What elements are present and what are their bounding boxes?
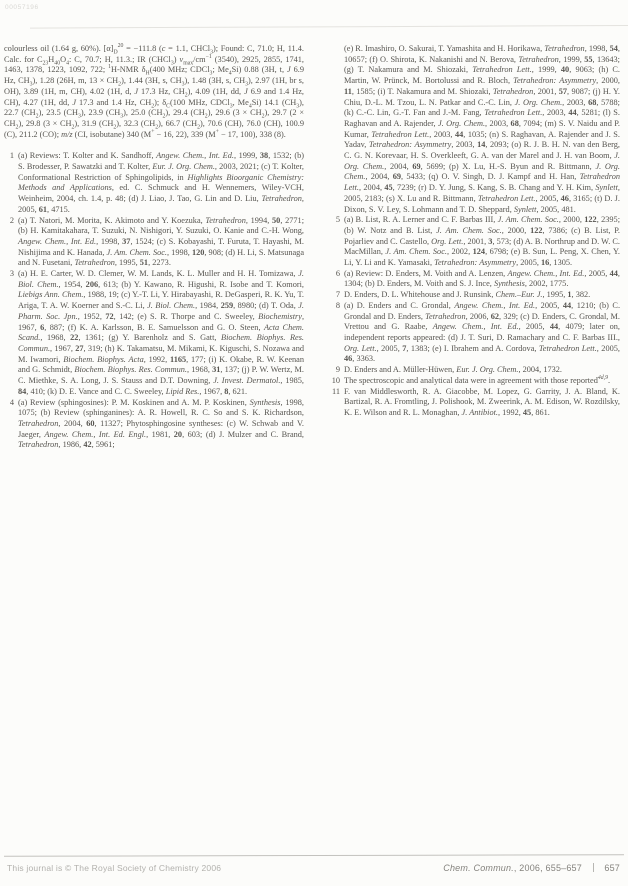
footer-row: This journal is © The Royal Society of C… [7, 863, 620, 873]
reference-number: 6 [330, 269, 340, 290]
reference-number: 10 [330, 376, 340, 387]
content-columns: colourless oil (1.64 g, 60%). [α]D20 = −… [4, 44, 620, 451]
page-footer: This journal is © The Royal Society of C… [0, 855, 628, 886]
reference-number: 9 [330, 365, 340, 376]
reference-number: 5 [330, 215, 340, 269]
journal-name: Chem. Commun. [443, 863, 514, 873]
experimental-paragraph: colourless oil (1.64 g, 60%). [α]D20 = −… [4, 44, 304, 140]
reference-item-1: 1(a) Reviews: T. Kolter and K. Sandhoff,… [4, 151, 304, 215]
reference-text: D. Enders and A. Müller-Hüwen, Eur. J. O… [340, 365, 620, 376]
reference-item-4: 4(a) Review (sphingosines): P. M. Koskin… [4, 398, 304, 452]
reference-text: (a) T. Natori, M. Morita, K. Akimoto and… [14, 216, 304, 270]
page-number: 657 [604, 863, 620, 873]
reference-number: 2 [4, 216, 14, 270]
reference-text: (a) B. List, R. A. Lerner and C. F. Barb… [340, 215, 620, 269]
reference-item-10: 10The spectroscopic and analytical data … [330, 376, 620, 387]
reference-item-2: 2(a) T. Natori, M. Morita, K. Akimoto an… [4, 216, 304, 270]
copyright-text: This journal is © The Royal Society of C… [7, 863, 221, 873]
reference-item-9: 9D. Enders and A. Müller-Hüwen, Eur. J. … [330, 365, 620, 376]
reference-text: (a) Reviews: T. Kolter and K. Sandhoff, … [14, 151, 304, 215]
reference-text: (a) Review (sphingosines): P. M. Koskine… [14, 398, 304, 452]
reference-text: (a) D. Enders and C. Grondal, Angew. Che… [340, 301, 620, 365]
reference-text: (a) H. E. Carter, W. D. Clemer, W. M. La… [14, 269, 304, 397]
reference-item-11: 11F. van Middlesworth, R. A. Giacobbe, M… [330, 387, 620, 419]
reference-number: 4 [4, 398, 14, 452]
reference-number: 3 [4, 269, 14, 397]
reference-number: 8 [330, 301, 340, 365]
reference-text: The spectroscopic and analytical data we… [340, 376, 620, 387]
reference-number: 1 [4, 151, 14, 215]
reference-number: 11 [330, 387, 340, 419]
reference-4-continuation: (e) R. Imashiro, O. Sakurai, T. Yamashit… [344, 44, 620, 215]
footer-divider [593, 863, 594, 872]
reference-text: (a) Review: D. Enders, M. Voith and A. L… [340, 269, 620, 290]
left-column: colourless oil (1.64 g, 60%). [α]D20 = −… [4, 44, 304, 451]
reference-number: 7 [330, 290, 340, 301]
reference-item-6: 6(a) Review: D. Enders, M. Voith and A. … [330, 269, 620, 290]
reference-text: D. Enders, D. L. Whitehouse and J. Runsi… [340, 290, 620, 301]
reference-item-7: 7D. Enders, D. L. Whitehouse and J. Runs… [330, 290, 620, 301]
reference-text: F. van Middlesworth, R. A. Giacobbe, M. … [340, 387, 620, 419]
citation-rest: , 2006, 655–657 [514, 863, 582, 873]
scan-edge-line [30, 25, 628, 29]
reference-item-3: 3(a) H. E. Carter, W. D. Clemer, W. M. L… [4, 269, 304, 397]
footer-rule [4, 854, 624, 857]
citation-info: Chem. Commun., 2006, 655–657 657 [443, 863, 620, 873]
right-column: (e) R. Imashiro, O. Sakurai, T. Yamashit… [330, 44, 620, 451]
reference-item-5: 5(a) B. List, R. A. Lerner and C. F. Bar… [330, 215, 620, 269]
reference-item-8: 8(a) D. Enders and C. Grondal, Angew. Ch… [330, 301, 620, 365]
scan-artifact-number: 00057196 [5, 4, 39, 11]
journal-page: 00057196 colourless oil (1.64 g, 60%). [… [0, 0, 628, 886]
